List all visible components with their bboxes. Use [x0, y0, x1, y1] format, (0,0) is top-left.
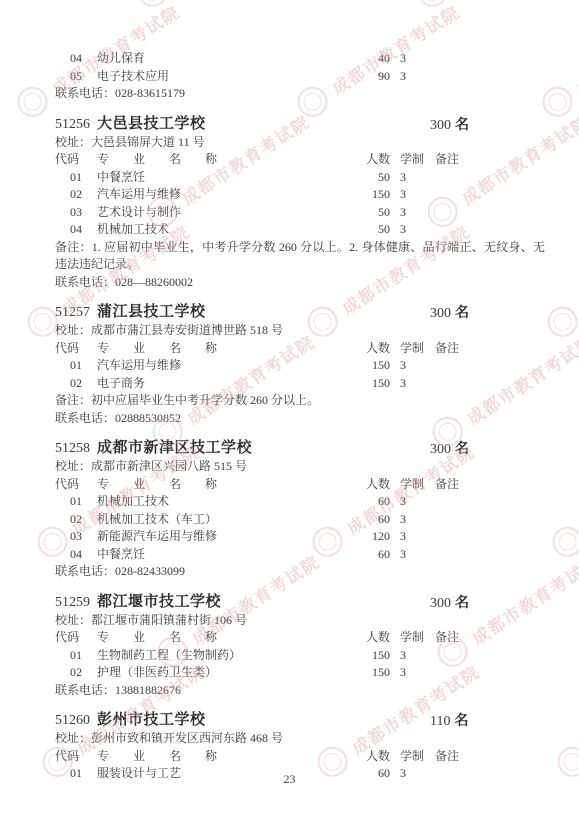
school-address: 校址：成都市新津区兴园八路 515 号 — [55, 458, 545, 476]
school-address-value: 成都市蒲江县寿安街道博世路 518 号 — [91, 323, 283, 337]
column-header-remark: 备注 — [435, 476, 485, 494]
major-term: 3 — [390, 664, 435, 682]
major-code: 03 — [55, 204, 97, 222]
major-row: 01生物制药工程（生物制药）1503 — [55, 647, 485, 665]
major-name: 机械加工技术（车工） — [97, 511, 340, 529]
school-quota-number: 300 — [430, 442, 451, 457]
school-address: 校址：都江堰市蒲阳镇蒲村街 106 号 — [55, 612, 545, 630]
school-code: 51258 — [55, 441, 90, 456]
major-remark — [435, 528, 485, 546]
major-name: 汽车运用与维修 — [97, 186, 340, 204]
major-row: 01机械加工技术603 — [55, 493, 485, 511]
major-term: 3 — [390, 511, 435, 529]
major-code: 01 — [55, 647, 97, 665]
table-header-row: 代码专 业 名 称人数学制备注 — [55, 629, 485, 647]
school-phone-label: 联系电话： — [55, 683, 115, 697]
school-phone-label: 联系电话： — [55, 411, 115, 425]
school-title-row: 51257蒲江县技工学校300名 — [55, 302, 545, 322]
major-remark — [435, 221, 485, 239]
school-remark: 备注：初中应届毕业生中考升学分数 260 分以上。 — [55, 392, 545, 410]
school-address-value: 彭州市致和镇开发区西河东路 468 号 — [91, 731, 283, 745]
major-count: 50 — [340, 221, 390, 239]
major-count: 50 — [340, 204, 390, 222]
school-address: 校址：彭州市致和镇开发区西河东路 468 号 — [55, 730, 545, 748]
major-count: 60 — [340, 493, 390, 511]
school-phone: 联系电话：02888530852 — [55, 410, 545, 428]
column-header-term: 学制 — [390, 151, 435, 169]
major-remark — [435, 664, 485, 682]
school-section: 51259都江堰市技工学校300名校址：都江堰市蒲阳镇蒲村街 106 号代码专 … — [55, 592, 545, 700]
school-section: 51257蒲江县技工学校300名校址：成都市蒲江县寿安街道博世路 518 号代码… — [55, 302, 545, 427]
school-phone-value: 028—88260002 — [115, 275, 193, 289]
major-remark — [435, 357, 485, 375]
major-code: 02 — [55, 664, 97, 682]
major-row: 04幼儿保育403 — [55, 50, 485, 68]
column-header-remark: 备注 — [435, 340, 485, 358]
majors-table: 代码专 业 名 称人数学制备注01中餐烹饪50302汽车运用与维修150303艺… — [55, 151, 485, 239]
school-phone: 联系电话：028-82433099 — [55, 563, 545, 581]
major-count: 60 — [340, 546, 390, 564]
school-quota-suffix: 名 — [455, 594, 469, 610]
page-number: 23 — [0, 772, 579, 787]
school-remark-value: 1. 应届初中毕业生，中考升学分数 260 分以上。2. 身体健康、品行端正、无… — [55, 240, 545, 272]
watermark-stamp: 成都市教育考试院 — [132, 0, 305, 13]
major-remark — [435, 68, 485, 86]
school-quota: 300名 — [430, 438, 469, 460]
school-title-row: 51259都江堰市技工学校300名 — [55, 592, 545, 612]
major-count: 40 — [340, 50, 390, 68]
column-header-code: 代码 — [55, 340, 97, 358]
school-title-row: 51258成都市新津区技工学校300名 — [55, 438, 545, 458]
major-remark — [435, 546, 485, 564]
seal-ring-icon — [542, 301, 579, 342]
school-quota: 300名 — [430, 592, 469, 614]
watermark-stamp: 成都市教育考试院 — [547, 436, 579, 563]
major-name: 幼儿保育 — [97, 50, 340, 68]
major-row: 04机械加工技术503 — [55, 221, 485, 239]
school-title-row: 51256大邑县技工学校300名 — [55, 114, 545, 134]
column-header-count: 人数 — [340, 476, 390, 494]
school-code: 51256 — [55, 117, 90, 132]
school-phone-label: 联系电话： — [55, 564, 115, 578]
school-phone-value: 028-83615179 — [115, 86, 185, 100]
school-address-value: 都江堰市蒲阳镇蒲村街 106 号 — [91, 613, 247, 627]
school-quota: 110名 — [430, 710, 468, 732]
column-header-remark: 备注 — [435, 748, 485, 766]
column-header-term: 学制 — [390, 748, 435, 766]
column-header-major: 专 业 名 称 — [97, 476, 340, 494]
major-term: 3 — [390, 357, 435, 375]
major-name: 中餐烹饪 — [97, 169, 340, 187]
school-quota-number: 300 — [430, 306, 451, 321]
watermark-stamp: 成都市教育考试院 — [412, 0, 579, 13]
major-row: 01汽车运用与维修1503 — [55, 357, 485, 375]
school-code: 51260 — [55, 713, 90, 728]
major-count: 50 — [340, 169, 390, 187]
major-term: 3 — [390, 68, 435, 86]
seal-ring-icon — [132, 0, 173, 13]
column-header-major: 专 业 名 称 — [97, 340, 340, 358]
school-name: 彭州市技工学校 — [97, 711, 206, 728]
major-code: 01 — [55, 169, 97, 187]
major-code: 01 — [55, 357, 97, 375]
school-section: 51256大邑县技工学校300名校址：大邑县锦屏大道 11 号代码专 业 名 称… — [55, 114, 545, 292]
majors-table: 代码专 业 名 称人数学制备注01机械加工技术60302机械加工技术（车工）60… — [55, 476, 485, 564]
school-section: 51258成都市新津区技工学校300名校址：成都市新津区兴园八路 515 号代码… — [55, 438, 545, 581]
column-header-code: 代码 — [55, 629, 97, 647]
seal-ring-icon — [12, 81, 53, 122]
major-row: 01中餐烹饪503 — [55, 169, 485, 187]
majors-table: 代码专 业 名 称人数学制备注01汽车运用与维修150302电子商务1503 — [55, 340, 485, 393]
column-header-remark: 备注 — [435, 151, 485, 169]
major-name: 电子技术应用 — [97, 68, 340, 86]
column-header-term: 学制 — [390, 476, 435, 494]
majors-table: 代码专 业 名 称人数学制备注01生物制药工程（生物制药）150302护理（非医… — [55, 629, 485, 682]
school-phone-value: 13881882676 — [115, 683, 181, 697]
school-remark-label: 备注： — [55, 240, 92, 254]
major-row: 04中餐烹饪603 — [55, 546, 485, 564]
school-code: 51257 — [55, 305, 90, 320]
major-term: 3 — [390, 546, 435, 564]
column-header-code: 代码 — [55, 748, 97, 766]
major-count: 150 — [340, 357, 390, 375]
major-code: 02 — [55, 186, 97, 204]
school-quota-number: 110 — [430, 714, 450, 729]
school-section-partial: 04幼儿保育40305电子技术应用903联系电话：028-83615179 — [55, 50, 545, 103]
column-header-count: 人数 — [340, 340, 390, 358]
column-header-code: 代码 — [55, 476, 97, 494]
major-term: 3 — [390, 647, 435, 665]
school-phone: 联系电话：028-83615179 — [55, 85, 545, 103]
major-name: 机械加工技术 — [97, 493, 340, 511]
major-row: 02电子商务1503 — [55, 375, 485, 393]
seal-ring-icon — [412, 0, 453, 13]
page-content: 04幼儿保育40305电子技术应用903联系电话：028-83615179512… — [55, 50, 545, 783]
table-header-row: 代码专 业 名 称人数学制备注 — [55, 340, 485, 358]
school-address-label: 校址： — [55, 613, 91, 627]
watermark-text: 成都市教育考试院 — [571, 0, 579, 99]
school-phone-label: 联系电话： — [55, 86, 115, 100]
major-count: 150 — [340, 375, 390, 393]
table-header-row: 代码专 业 名 称人数学制备注 — [55, 476, 485, 494]
column-header-count: 人数 — [340, 748, 390, 766]
major-term: 3 — [390, 221, 435, 239]
column-header-code: 代码 — [55, 151, 97, 169]
school-quota-suffix: 名 — [454, 712, 468, 728]
school-phone-value: 02888530852 — [115, 411, 181, 425]
major-row: 05电子技术应用903 — [55, 68, 485, 86]
school-address: 校址：成都市蒲江县寿安街道博世路 518 号 — [55, 322, 545, 340]
school-address-label: 校址： — [55, 323, 91, 337]
column-header-major: 专 业 名 称 — [97, 151, 340, 169]
major-code: 04 — [55, 50, 97, 68]
school-phone-value: 028-82433099 — [115, 564, 185, 578]
school-name: 大邑县技工学校 — [97, 115, 206, 132]
major-code: 04 — [55, 221, 97, 239]
major-code: 04 — [55, 546, 97, 564]
major-remark — [435, 511, 485, 529]
major-term: 3 — [390, 528, 435, 546]
school-address: 校址：大邑县锦屏大道 11 号 — [55, 134, 545, 152]
school-title-row: 51260彭州市技工学校110名 — [55, 710, 545, 730]
major-count: 150 — [340, 647, 390, 665]
school-name: 都江堰市技工学校 — [97, 593, 221, 610]
school-quota-suffix: 名 — [455, 304, 469, 320]
major-remark — [435, 493, 485, 511]
major-count: 150 — [340, 664, 390, 682]
major-row: 03新能源汽车运用与维修1203 — [55, 528, 485, 546]
major-name: 新能源汽车运用与维修 — [97, 528, 340, 546]
major-term: 3 — [390, 375, 435, 393]
major-count: 90 — [340, 68, 390, 86]
school-phone: 联系电话：028—88260002 — [55, 274, 545, 292]
majors-table: 04幼儿保育40305电子技术应用903 — [55, 50, 485, 85]
major-row: 03艺术设计与制作503 — [55, 204, 485, 222]
major-remark — [435, 375, 485, 393]
major-remark — [435, 647, 485, 665]
major-name: 电子商务 — [97, 375, 340, 393]
major-count: 60 — [340, 511, 390, 529]
major-code: 02 — [55, 511, 97, 529]
school-quota-suffix: 名 — [455, 116, 469, 132]
school-remark-label: 备注： — [55, 393, 91, 407]
major-term: 3 — [390, 186, 435, 204]
school-quota-number: 300 — [430, 596, 451, 611]
school-remark-value: 初中应届毕业生中考升学分数 260 分以上。 — [91, 393, 319, 407]
major-code: 01 — [55, 493, 97, 511]
major-term: 3 — [390, 204, 435, 222]
major-count: 120 — [340, 528, 390, 546]
table-header-row: 代码专 业 名 称人数学制备注 — [55, 151, 485, 169]
major-remark — [435, 50, 485, 68]
major-remark — [435, 169, 485, 187]
major-term: 3 — [390, 50, 435, 68]
school-code: 51259 — [55, 595, 90, 610]
major-name: 机械加工技术 — [97, 221, 340, 239]
column-header-remark: 备注 — [435, 629, 485, 647]
major-code: 05 — [55, 68, 97, 86]
column-header-count: 人数 — [340, 629, 390, 647]
major-remark — [435, 204, 485, 222]
major-count: 150 — [340, 186, 390, 204]
major-code: 03 — [55, 528, 97, 546]
major-row: 02机械加工技术（车工）603 — [55, 511, 485, 529]
major-remark — [435, 186, 485, 204]
school-phone-label: 联系电话： — [55, 275, 115, 289]
column-header-major: 专 业 名 称 — [97, 748, 340, 766]
school-quota: 300名 — [430, 114, 469, 136]
major-name: 中餐烹饪 — [97, 546, 340, 564]
school-address-label: 校址： — [55, 459, 91, 473]
major-row: 02护理（非医药卫生类）1503 — [55, 664, 485, 682]
column-header-count: 人数 — [340, 151, 390, 169]
school-address-value: 大邑县锦屏大道 11 号 — [91, 135, 205, 149]
school-quota-number: 300 — [430, 118, 451, 133]
major-row: 02汽车运用与维修1503 — [55, 186, 485, 204]
major-name: 生物制药工程（生物制药） — [97, 647, 340, 665]
document-page: 成都市教育考试院成都市教育考试院成都市教育考试院成都市教育考试院成都市教育考试院… — [0, 0, 579, 819]
watermark-stamp: 成都市教育考试院 — [552, 656, 579, 783]
column-header-term: 学制 — [390, 340, 435, 358]
major-term: 3 — [390, 493, 435, 511]
school-quota-suffix: 名 — [455, 440, 469, 456]
school-remark: 备注：1. 应届初中毕业生，中考升学分数 260 分以上。2. 身体健康、品行端… — [55, 239, 545, 274]
watermark-stamp: 成都市教育考试院 — [542, 216, 579, 343]
column-header-term: 学制 — [390, 629, 435, 647]
school-quota: 300名 — [430, 302, 469, 324]
major-name: 艺术设计与制作 — [97, 204, 340, 222]
school-name: 蒲江县技工学校 — [97, 303, 206, 320]
major-code: 02 — [55, 375, 97, 393]
school-phone: 联系电话：13881882676 — [55, 682, 545, 700]
seal-ring-icon — [547, 521, 579, 562]
school-address-label: 校址： — [55, 135, 91, 149]
major-term: 3 — [390, 169, 435, 187]
major-name: 汽车运用与维修 — [97, 357, 340, 375]
table-header-row: 代码专 业 名 称人数学制备注 — [55, 748, 485, 766]
major-name: 护理（非医药卫生类） — [97, 664, 340, 682]
school-address-label: 校址： — [55, 731, 91, 745]
school-address-value: 成都市新津区兴园八路 515 号 — [91, 459, 247, 473]
school-name: 成都市新津区技工学校 — [97, 439, 252, 456]
column-header-major: 专 业 名 称 — [97, 629, 340, 647]
